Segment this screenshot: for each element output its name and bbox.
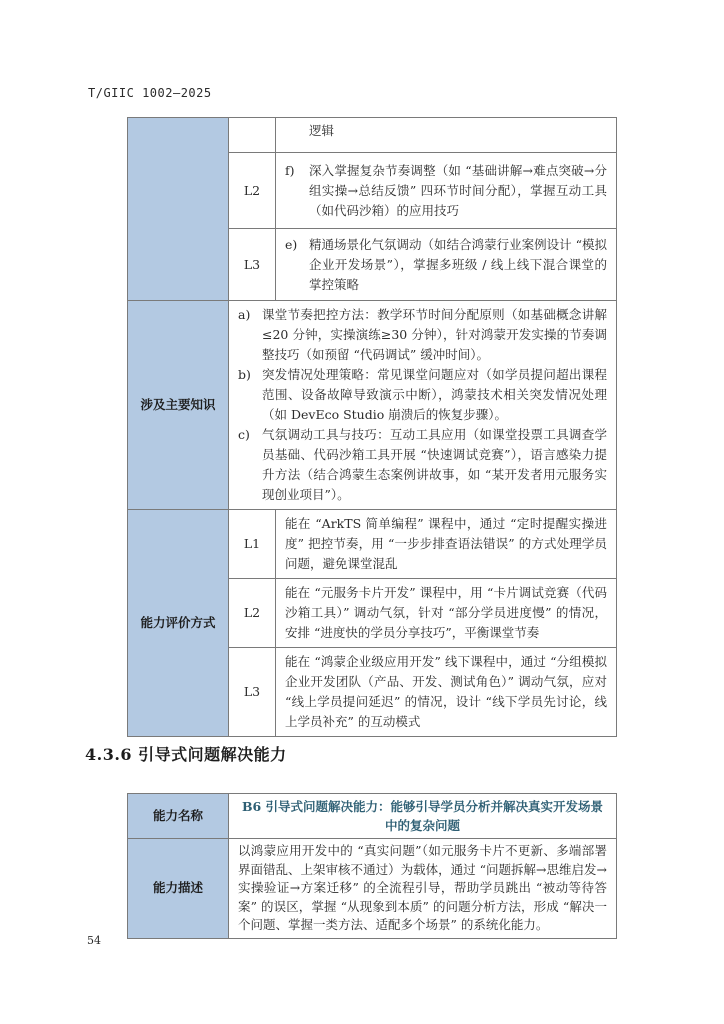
level-cell-l2: L2 bbox=[229, 153, 276, 229]
capability-description-label-cell: 能力描述 bbox=[128, 839, 229, 939]
level-cell-empty bbox=[229, 118, 276, 153]
list-marker: a) bbox=[238, 305, 262, 365]
eval-l2-description: 能在 “元服务卡片开发” 课程中，用 “卡片调试竞赛（代码沙箱工具）” 调动气氛… bbox=[276, 579, 617, 648]
knowledge-label-cell: 涉及主要知识 bbox=[128, 301, 229, 510]
knowledge-item: c)气氛调动工具与技巧：互动工具应用（如课堂投票工具调查学员基础、代码沙箱工具开… bbox=[238, 425, 607, 505]
knowledge-item: a)课堂节奏把控方法：教学环节时间分配原则（如基础概念讲解≤20 分钟，实操演练… bbox=[238, 305, 607, 365]
capability-detail-table: 逻辑 L2 f)深入掌握复杂节奏调整（如 “基础讲解→难点突破→分组实操→总结反… bbox=[127, 117, 617, 737]
knowledge-item-text: 课堂节奏把控方法：教学环节时间分配原则（如基础概念讲解≤20 分钟，实操演练≥3… bbox=[262, 305, 607, 365]
capability-summary-table: 能力名称 B6 引导式问题解决能力：能够引导学员分析并解决真实开发场景中的复杂问… bbox=[127, 793, 617, 939]
level-cell-l3: L3 bbox=[229, 229, 276, 301]
eval-level-cell-l1: L1 bbox=[229, 510, 276, 579]
eval-level-cell-l3: L3 bbox=[229, 648, 276, 737]
list-marker: b) bbox=[238, 365, 262, 425]
eval-level-cell-l2: L2 bbox=[229, 579, 276, 648]
level-l3-description-cell: e)精通场景化气氛调动（如结合鸿蒙行业案例设计 “模拟企业开发场景”），掌握多班… bbox=[276, 229, 617, 301]
section-heading: 4.3.6 引导式问题解决能力 bbox=[85, 742, 287, 765]
capability-name-value-cell: B6 引导式问题解决能力：能够引导学员分析并解决真实开发场景中的复杂问题 bbox=[229, 794, 617, 839]
spanning-label-cell-empty bbox=[128, 118, 229, 301]
list-marker: e) bbox=[285, 235, 309, 295]
eval-l1-description: 能在 “ArkTS 简单编程” 课程中，通过 “定时提醒实操进度” 把控节奏，用… bbox=[276, 510, 617, 579]
document-code-header: T/GIIC 1002—2025 bbox=[88, 86, 212, 100]
capability-description-value-cell: 以鸿蒙应用开发中的 “真实问题”（如元服务卡片不更新、多端部署界面错乱、上架审核… bbox=[229, 839, 617, 939]
capability-name-label-cell: 能力名称 bbox=[128, 794, 229, 839]
continuation-text: 逻辑 bbox=[309, 121, 607, 141]
level-l2-description-cell: f)深入掌握复杂节奏调整（如 “基础讲解→难点突破→分组实操→总结反馈” 四环节… bbox=[276, 153, 617, 229]
level-l2-description: 深入掌握复杂节奏调整（如 “基础讲解→难点突破→分组实操→总结反馈” 四环节时间… bbox=[309, 161, 607, 221]
list-marker: f) bbox=[285, 161, 309, 221]
level-l3-description: 精通场景化气氛调动（如结合鸿蒙行业案例设计 “模拟企业开发场景”），掌握多班级 … bbox=[309, 235, 607, 295]
continuation-cell: 逻辑 bbox=[276, 118, 617, 153]
list-marker: c) bbox=[238, 425, 262, 505]
knowledge-item: b)突发情况处理策略：常见课堂问题应对（如学员提问超出课程范围、设备故障导致演示… bbox=[238, 365, 607, 425]
knowledge-item-text: 突发情况处理策略：常见课堂问题应对（如学员提问超出课程范围、设备故障导致演示中断… bbox=[262, 365, 607, 425]
list-marker bbox=[285, 121, 309, 141]
knowledge-item-text: 气氛调动工具与技巧：互动工具应用（如课堂投票工具调查学员基础、代码沙箱工具开展 … bbox=[262, 425, 607, 505]
page-number: 54 bbox=[87, 934, 101, 947]
knowledge-content-cell: a)课堂节奏把控方法：教学环节时间分配原则（如基础概念讲解≤20 分钟，实操演练… bbox=[229, 301, 617, 510]
eval-l3-description: 能在 “鸿蒙企业级应用开发” 线下课程中，通过 “分组模拟企业开发团队（产品、开… bbox=[276, 648, 617, 737]
evaluation-label-cell: 能力评价方式 bbox=[128, 510, 229, 737]
